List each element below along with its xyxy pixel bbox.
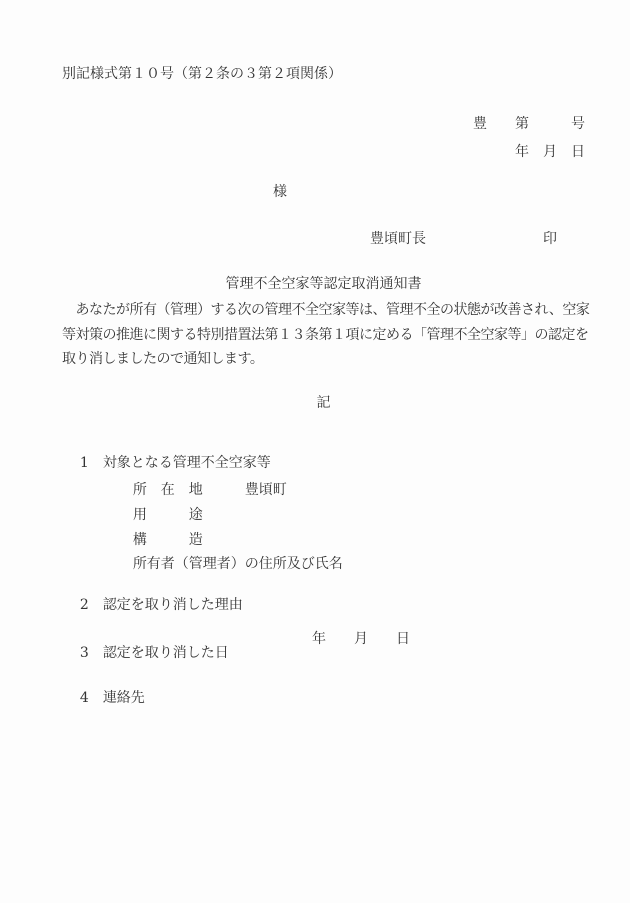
field-owner-label: 所有者（管理者）の住所及び氏名 — [133, 556, 343, 572]
body-paragraph: あなたが所有（管理）する次の管理不全空家等は、管理不全の状態が改善され、空家 等… — [62, 298, 589, 372]
document-title: 管理不全空家等認定取消通知書 — [62, 277, 585, 291]
body-line: あなたが所有（管理）する次の管理不全空家等は、管理不全の状態が改善され、空家 — [62, 298, 589, 323]
item-3-number: 3 — [80, 646, 103, 660]
item-4-row: 4連絡先 — [62, 677, 145, 719]
sender-row: 豊頃町長 印 — [0, 232, 630, 246]
item-1-field-owner: 所有者（管理者）の住所及び氏名 — [115, 543, 385, 585]
ki-marker: 記 — [62, 396, 585, 410]
item-2-label: 認定を取り消した理由 — [103, 597, 243, 613]
item-4-number: 4 — [80, 691, 103, 705]
issue-date-placeholder: 年 月 日 — [515, 145, 585, 159]
item-1-number: 1 — [80, 456, 103, 470]
seal-mark: 印 — [543, 232, 557, 246]
body-line: 等対策の推進に関する特別措置法第１３条第１項に定める「管理不全空家等」の認定を — [62, 323, 589, 348]
item-2-number: 2 — [80, 598, 103, 612]
item-2-row: 2認定を取り消した理由 — [62, 584, 243, 626]
addressee-honorific: 様 — [273, 185, 287, 199]
item-4-label: 連絡先 — [103, 690, 145, 706]
document-number-placeholder: 豊 第 号 — [473, 117, 585, 131]
sender-title: 豊頃町長 — [370, 232, 426, 246]
field-location-value: 豊頃町 — [245, 482, 287, 498]
body-line: 取り消しましたので通知します。 — [62, 347, 589, 372]
document-page: 別記様式第１０号（第２条の３第２項関係） 豊 第 号 年 月 日 様 豊頃町長 … — [0, 0, 630, 903]
form-number: 別記様式第１０号（第２条の３第２項関係） — [62, 67, 342, 81]
item-3-label: 認定を取り消した日 — [103, 645, 229, 661]
cancellation-date-placeholder: 年 月 日 — [312, 632, 410, 646]
